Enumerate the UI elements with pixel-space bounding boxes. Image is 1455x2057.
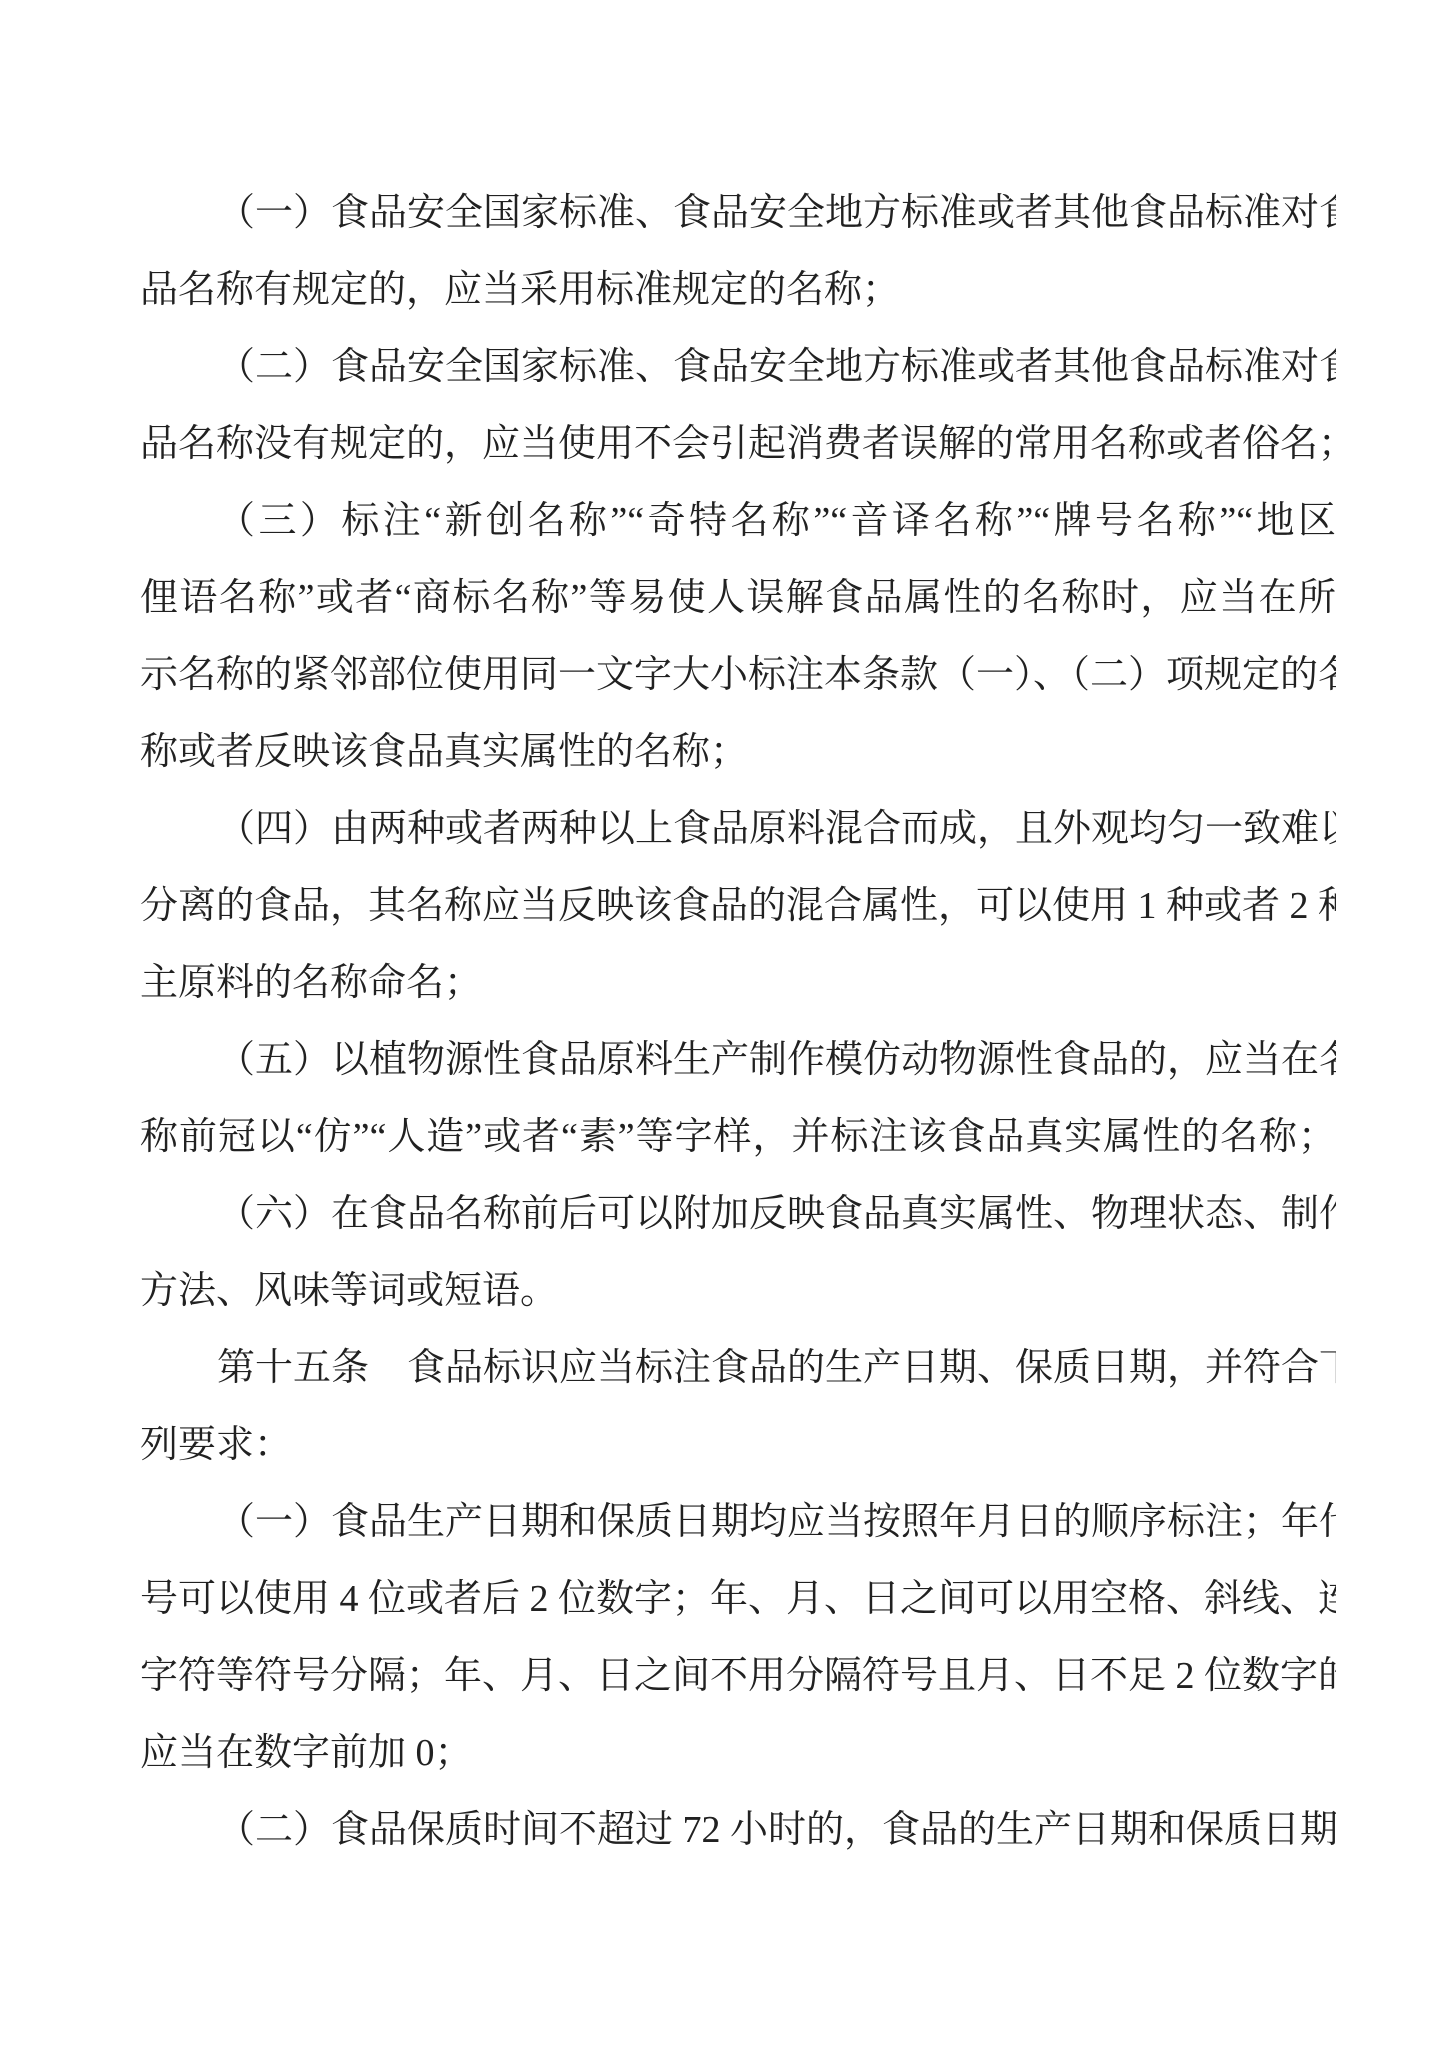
text-line: 俚语名称”或者“商标名称”等易使人误解食品属性的名称时，应当在所 [140, 560, 1336, 637]
text-line: 应当在数字前加 0； [140, 1715, 1336, 1792]
text-line: （六）在食品名称前后可以附加反映食品真实属性、物理状态、制作 [140, 1176, 1336, 1253]
text-line: （一）食品安全国家标准、食品安全地方标准或者其他食品标准对食 [140, 175, 1336, 252]
text-line: 称或者反映该食品真实属性的名称； [140, 714, 1336, 791]
text-line: 示名称的紧邻部位使用同一文字大小标注本条款（一）、（二）项规定的名 [140, 637, 1336, 714]
text-line: （五）以植物源性食品原料生产制作模仿动物源性食品的，应当在名 [140, 1022, 1336, 1099]
text-line: 第十五条 食品标识应当标注食品的生产日期、保质日期，并符合下 [140, 1330, 1336, 1407]
text-line: 分离的食品，其名称应当反映该食品的混合属性，可以使用 1 种或者 2 种 [140, 868, 1336, 945]
text-line: 列要求： [140, 1407, 1336, 1484]
text-line: 方法、风味等词或短语。 [140, 1253, 1336, 1330]
text-line: 字符等符号分隔；年、月、日之间不用分隔符号且月、日不足 2 位数字的， [140, 1638, 1336, 1715]
text-line: （四）由两种或者两种以上食品原料混合而成，且外观均匀一致难以 [140, 791, 1336, 868]
text-line: 品名称没有规定的，应当使用不会引起消费者误解的常用名称或者俗名； [140, 406, 1336, 483]
text-line: 品名称有规定的，应当采用标准规定的名称； [140, 252, 1336, 329]
text-line: 号可以使用 4 位或者后 2 位数字；年、月、日之间可以用空格、斜线、连 [140, 1561, 1336, 1638]
document-page: （一）食品安全国家标准、食品安全地方标准或者其他食品标准对食 品名称有规定的，应… [0, 0, 1455, 2057]
text-line: 主原料的名称命名； [140, 945, 1336, 1022]
text-line: （三）标注“新创名称”“奇特名称”“音译名称”“牌号名称”“地区 [140, 483, 1336, 560]
text-line: （二）食品安全国家标准、食品安全地方标准或者其他食品标准对食 [140, 329, 1336, 406]
text-line: （二）食品保质时间不超过 72 小时的，食品的生产日期和保质日期应 [140, 1792, 1336, 1869]
text-line: 称前冠以“仿”“人造”或者“素”等字样，并标注该食品真实属性的名称； [140, 1099, 1336, 1176]
text-line: （一）食品生产日期和保质日期均应当按照年月日的顺序标注；年代 [140, 1484, 1336, 1561]
